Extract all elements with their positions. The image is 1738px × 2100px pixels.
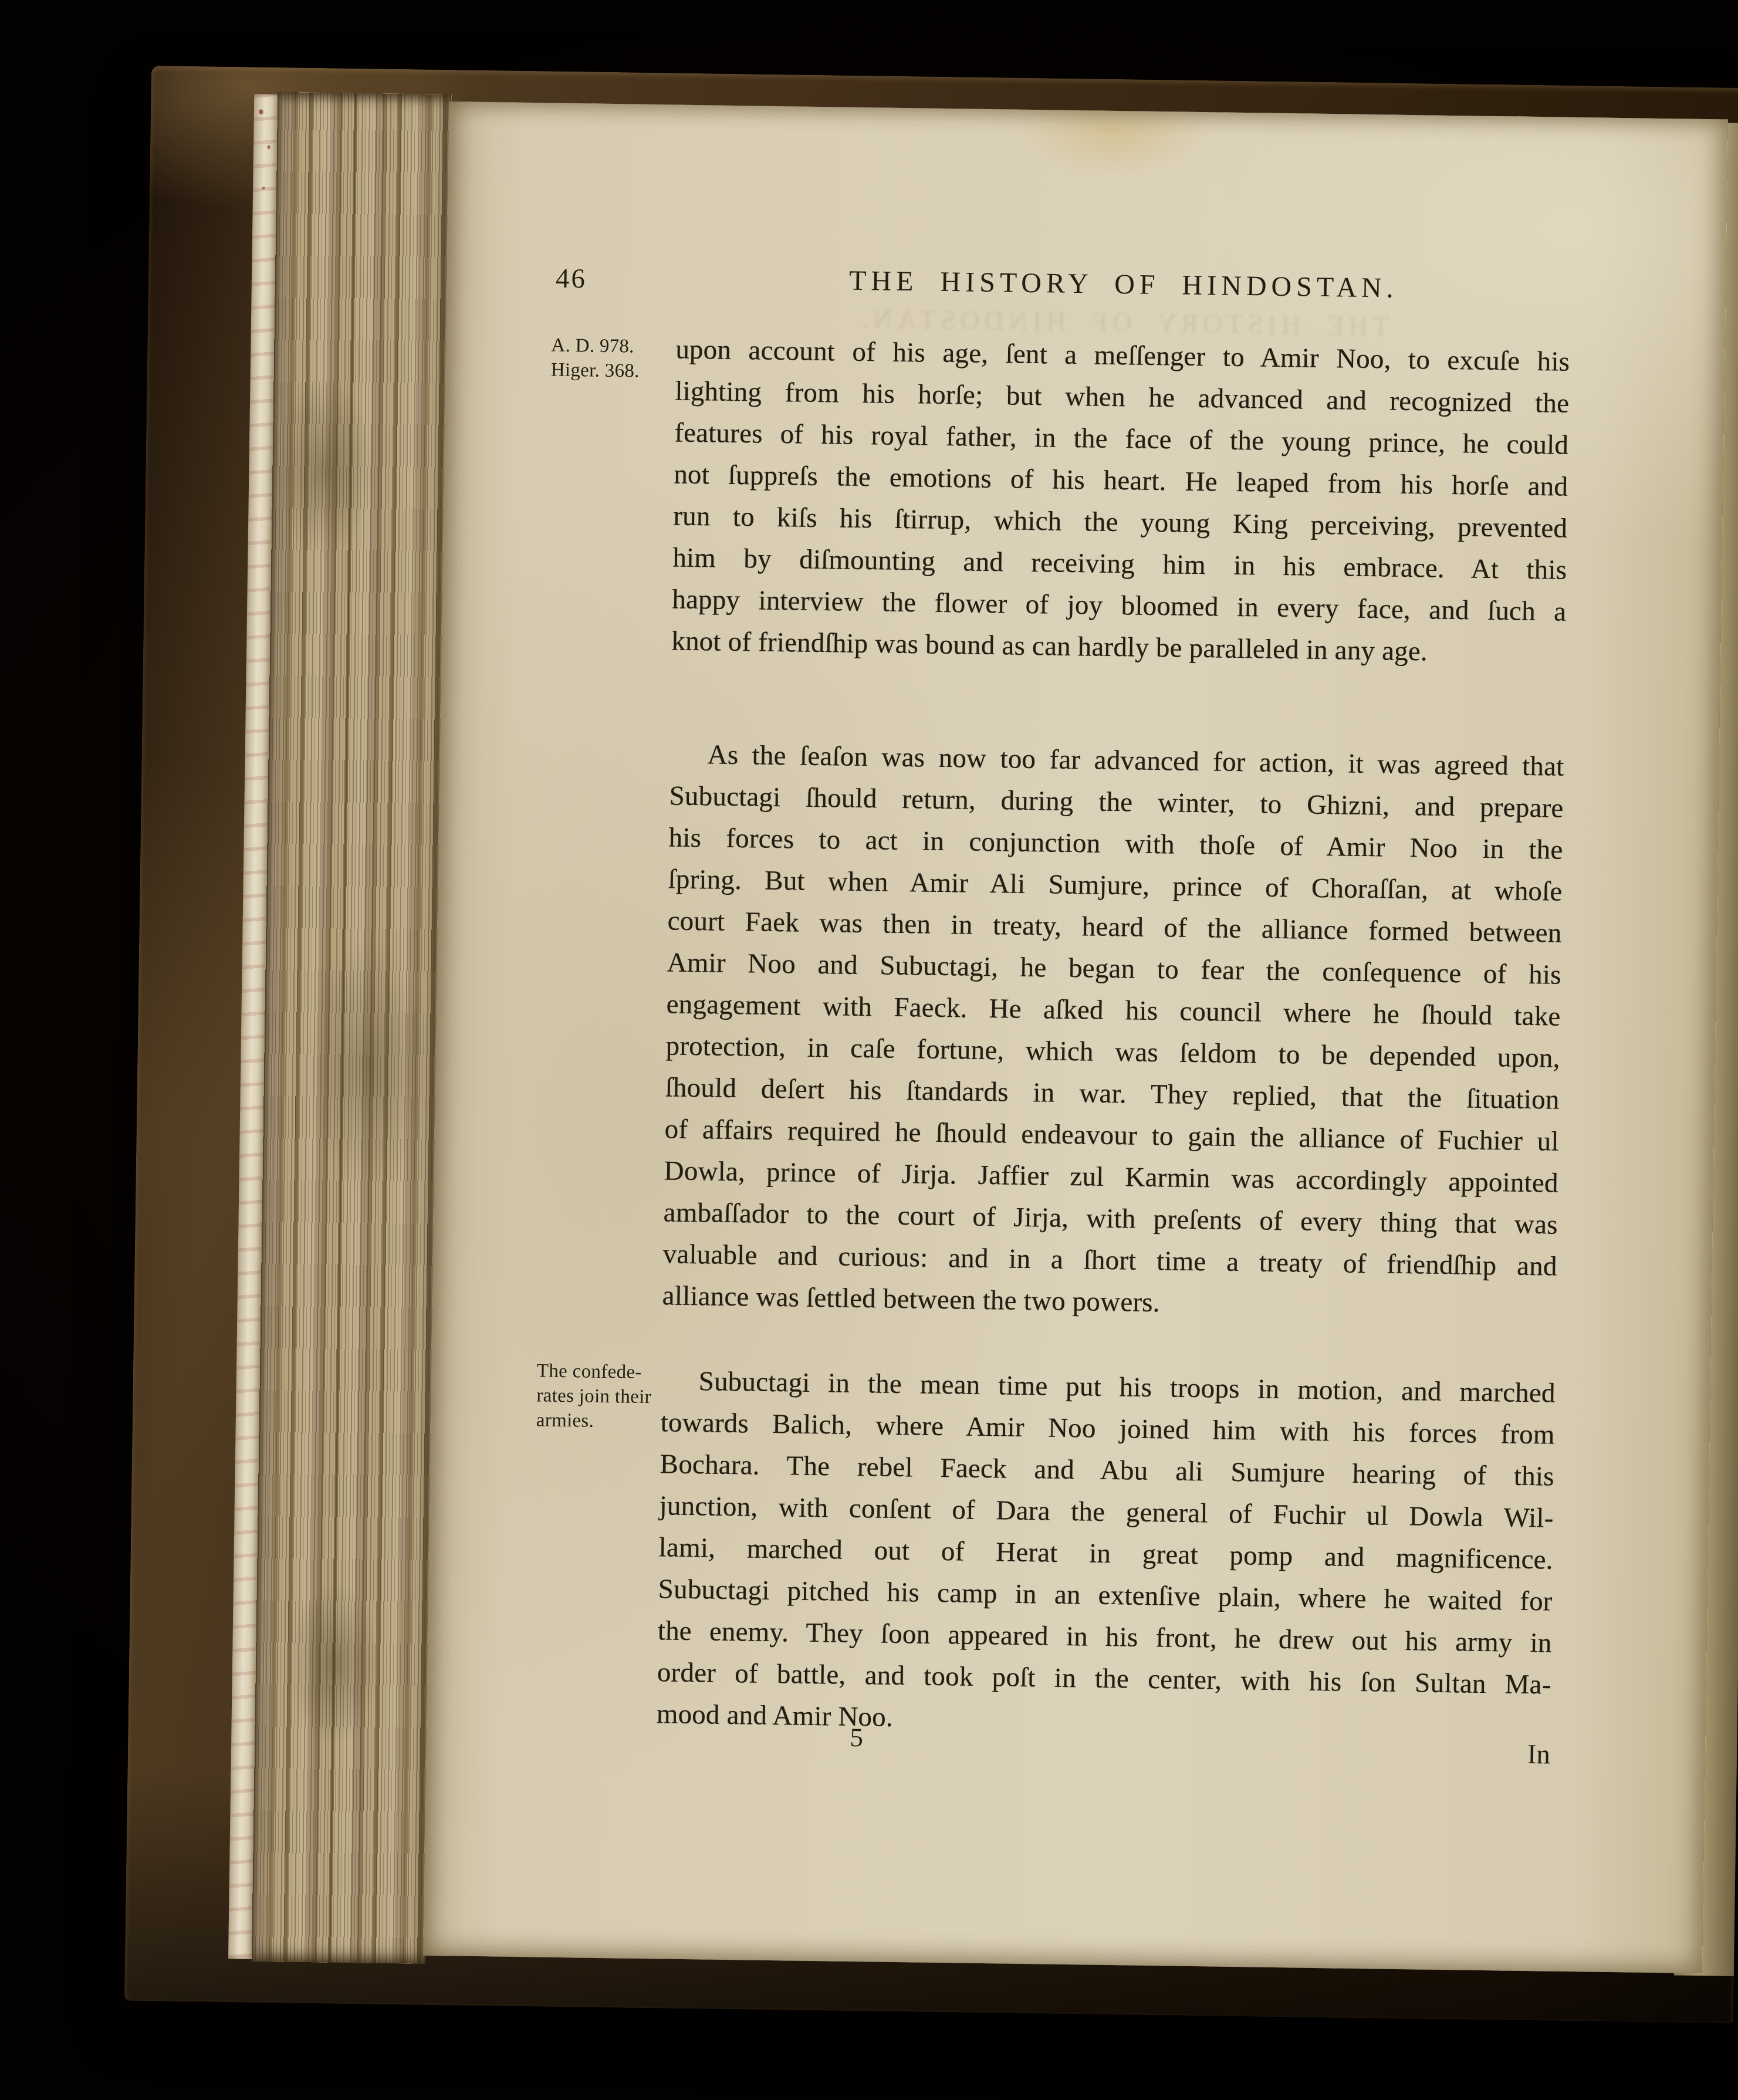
margin-note-date: A. D. 978.Higer. 368.	[551, 333, 678, 384]
paragraph-1: upon account of his age, ſent a meſſenge…	[671, 329, 1570, 675]
text-line: A. D. 978.	[551, 333, 678, 360]
photograph-background: THE HISTORY OF HINDOSTAN. 46 THE HISTORY…	[0, 0, 1738, 2100]
page-stack-fore-edge	[252, 92, 451, 1964]
book-page: THE HISTORY OF HINDOSTAN. 46 THE HISTORY…	[423, 102, 1728, 1973]
text-line: armies.	[536, 1408, 654, 1434]
text-line: Higer. 368.	[551, 358, 678, 384]
text-line: rates join their	[536, 1383, 654, 1409]
paragraph-2: As the ſeaſon was now too far advanced f…	[662, 733, 1564, 1329]
text-line: The confede-	[537, 1358, 655, 1385]
paragraph-3: Subuctagi in the mean time put his troop…	[656, 1360, 1556, 1747]
text-block: upon account of his age, ſent a meſſenge…	[656, 329, 1570, 1748]
page-number: 46	[556, 265, 587, 293]
margin-note-confederates: The confede-rates join theirarmies.	[536, 1358, 655, 1434]
book: THE HISTORY OF HINDOSTAN. 46 THE HISTORY…	[124, 66, 1738, 2023]
running-title: THE HISTORY OF HINDOSTAN.	[677, 265, 1571, 305]
